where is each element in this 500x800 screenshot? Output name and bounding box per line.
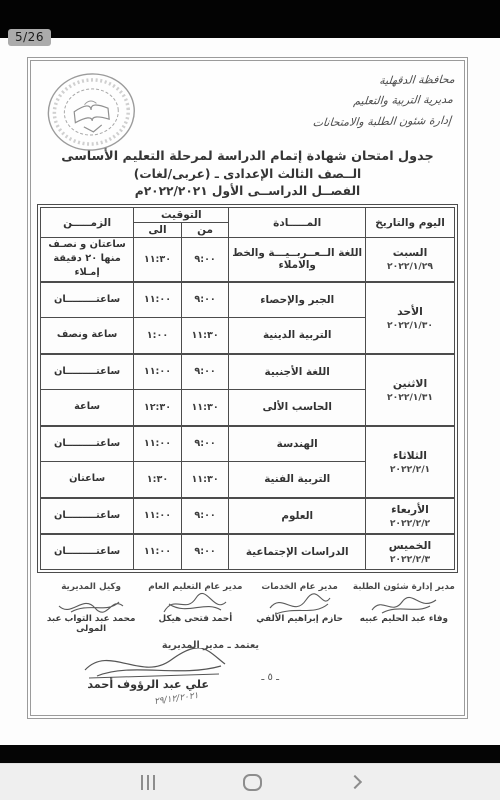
approval-block: يعتمد ـ مدير المديرية علي عبد الرؤوف أحم… [31, 636, 464, 716]
table-row: الأحد ٢٠٢٢/١/٣٠ الجبر والإحصاء ٩:٠٠ ١١:٠… [41, 282, 455, 318]
subject-cell: اللغة الأجنبية [229, 354, 366, 390]
table-row: الاثنين ٢٠٢٢/١/٣١ اللغة الأجنبية ٩:٠٠ ١١… [41, 354, 455, 390]
to-cell: ١٢:٣٠ [134, 390, 182, 426]
day-cell: الثلاثاء ٢٠٢٢/٢/١ [366, 426, 455, 498]
title-line3: الفصــل الدراســى الأول ٢٠٢٢/٢٠٢١م [31, 184, 464, 198]
to-cell: ١١:٠٠ [134, 426, 182, 462]
day-cell: الاثنين ٢٠٢٢/١/٣١ [366, 354, 455, 426]
letterhead-text: محافظة الدقهلية مديرية التربية والتعليم … [310, 68, 455, 148]
table-row: الخميس ٢٠٢٢/٢/٣ الدراسات الإجتماعية ٩:٠٠… [41, 534, 455, 570]
official-seal-icon [41, 66, 140, 151]
col-header-subject: المـــــادة [229, 208, 366, 238]
to-cell: ١١:٣٠ [134, 238, 182, 282]
document-title-block: جدول امتحان شهادة إتمام الدراسة لمرحلة ا… [31, 149, 464, 198]
approver-name: علي عبد الرؤوف أحمد [87, 678, 209, 691]
day-cell: الخميس ٢٠٢٢/٢/٣ [366, 534, 455, 570]
letterhead-line3: إدارة شئون الطلبة والامتحانات [312, 110, 452, 133]
from-cell: ٩:٠٠ [181, 534, 229, 570]
director-signature-icon [79, 648, 229, 682]
signature-block: مدير عام الخدمات حازم إبراهيم الألفي [248, 582, 352, 634]
col-header-timing: التوقيت [134, 208, 229, 223]
duration-cell: ساعة ونصف [41, 318, 134, 354]
day-cell: الأربعاء ٢٠٢٢/٢/٢ [366, 498, 455, 534]
subject-cell: الدراسات الإجتماعية [229, 534, 366, 570]
day-cell: السبت ٢٠٢٢/١/٢٩ [366, 238, 455, 282]
to-cell: ١١:٠٠ [134, 498, 182, 534]
top-black-bar [0, 0, 500, 38]
table-row: الثلاثاء ٢٠٢٢/٢/١ الهندسة ٩:٠٠ ١١:٠٠ ساع… [41, 426, 455, 462]
table-row: الأربعاء ٢٠٢٢/٢/٢ العلوم ٩:٠٠ ١١:٠٠ ساعت… [41, 498, 455, 534]
signature-block: مدير عام التعليم العام أحمد فتحى هيكل [143, 582, 247, 634]
to-cell: ١١:٠٠ [134, 354, 182, 390]
subject-cell: العلوم [229, 498, 366, 534]
duration-cell: ساعتان [41, 462, 134, 498]
from-cell: ٩:٠٠ [181, 282, 229, 318]
col-header-from: من [181, 223, 229, 238]
page-number: ـ ٥ ـ [261, 672, 279, 683]
subject-cell: الهندسة [229, 426, 366, 462]
letterhead-row: محافظة الدقهلية مديرية التربية والتعليم … [31, 61, 464, 147]
from-cell: ١١:٣٠ [181, 462, 229, 498]
subject-cell: التربية الفنية [229, 462, 366, 498]
from-cell: ١١:٣٠ [181, 318, 229, 354]
exam-schedule-table: اليوم والتاريخ المـــــادة التوقيت الزمـ… [40, 207, 455, 570]
to-cell: ١:٠٠ [134, 318, 182, 354]
signatures-row: مدير إدارة شئون الطلبة وفاء عبد الحليم ع… [31, 582, 464, 634]
day-cell: الأحد ٢٠٢٢/١/٣٠ [366, 282, 455, 354]
duration-cell: ساعتـــــــــان [41, 282, 134, 318]
signature-block: مدير إدارة شئون الطلبة وفاء عبد الحليم ع… [352, 582, 456, 634]
bottom-black-bar [0, 745, 500, 763]
approval-date: ٢٩/١٢/٢٠٢١ [154, 691, 200, 707]
android-nav-bar [0, 763, 500, 800]
to-cell: ١١:٠٠ [134, 534, 182, 570]
signature-block: وكيل المديرية محمد عبد التواب عبد المولى [39, 582, 143, 634]
document-frame: محافظة الدقهلية مديرية التربية والتعليم … [27, 57, 468, 719]
letterhead-line2: مديرية التربية والتعليم [313, 90, 453, 113]
exam-schedule-table-wrapper: اليوم والتاريخ المـــــادة التوقيت الزمـ… [37, 204, 458, 573]
to-cell: ١:٣٠ [134, 462, 182, 498]
recents-icon[interactable] [141, 775, 155, 790]
subject-cell: اللغة الــعــربــيـــة والخط والاملاء [229, 238, 366, 282]
subject-cell: التربية الدينية [229, 318, 366, 354]
duration-cell: ساعة [41, 390, 134, 426]
table-row: السبت ٢٠٢٢/١/٢٩ اللغة الــعــربــيـــة و… [41, 238, 455, 282]
letterhead-line1: محافظة الدقهلية [315, 70, 455, 93]
from-cell: ١١:٣٠ [181, 390, 229, 426]
duration-cell: ساعتـــــــــان [41, 498, 134, 534]
from-cell: ٩:٠٠ [181, 426, 229, 462]
page-indicator-badge: 5/26 [8, 29, 51, 46]
duration-cell: ساعتـــــــــان [41, 534, 134, 570]
col-header-duration: الزمـــــن [41, 208, 134, 238]
from-cell: ٩:٠٠ [181, 238, 229, 282]
subject-cell: الجبر والإحصاء [229, 282, 366, 318]
duration-cell: ساعتـــــــــان [41, 426, 134, 462]
duration-cell: ساعتـــــــــان [41, 354, 134, 390]
table-header-row: اليوم والتاريخ المـــــادة التوقيت الزمـ… [41, 208, 455, 223]
phone-screen: 5/26 محافظة الدقهلية مديرية التربية والت… [0, 0, 500, 800]
col-header-to: الى [134, 223, 182, 238]
home-icon[interactable] [243, 774, 262, 791]
from-cell: ٩:٠٠ [181, 498, 229, 534]
duration-cell: ساعتان و نصـف منها ٢٠ دقيقة إمـلاء [41, 238, 134, 282]
back-icon[interactable] [347, 775, 361, 789]
col-header-day: اليوم والتاريخ [366, 208, 455, 238]
document-page: محافظة الدقهلية مديرية التربية والتعليم … [30, 60, 465, 716]
title-line2: الــصف الثالث الإعدادى ـ (عربى/لغات) [31, 167, 464, 181]
to-cell: ١١:٠٠ [134, 282, 182, 318]
scanned-document: محافظة الدقهلية مديرية التربية والتعليم … [0, 38, 500, 745]
subject-cell: الحاسب الألى [229, 390, 366, 426]
from-cell: ٩:٠٠ [181, 354, 229, 390]
